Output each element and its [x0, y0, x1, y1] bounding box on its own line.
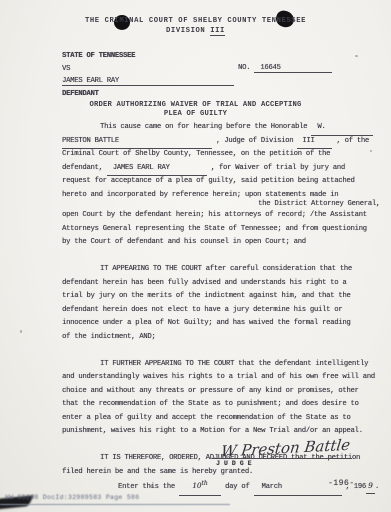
body-line: IT APPEARING TO THE COURT after careful … — [62, 263, 380, 277]
body-line: IT FURTHER APPEARING TO THE COURT that t… — [62, 358, 380, 372]
page-number: -196- — [328, 479, 355, 488]
body-line: and understandingly waives his rights to… — [62, 371, 380, 385]
order-title-line2: PLEA OF GUILTY — [0, 110, 391, 119]
court-name: THE CRIMINAL COURT OF SHELBY COUNTY TENN… — [0, 17, 391, 25]
case-number-line: NO. 16645 — [238, 64, 332, 73]
paragraph-gap — [62, 344, 380, 358]
body-text: defendant, — [62, 164, 103, 172]
body-text: , for Waiver of trial by jury and — [211, 164, 345, 172]
body-line: enter a plea of guilty and accept the re… — [62, 412, 380, 426]
versus-label: VS — [62, 65, 70, 73]
body-line: open Court by the defendant herein; his … — [62, 209, 380, 223]
defendant-name-line: JAMES EARL RAY — [62, 77, 234, 86]
paragraph-gap — [62, 250, 380, 264]
filled-blank: III — [297, 135, 332, 150]
body-line: of the indictment, AND; — [62, 331, 380, 345]
body-text: Enter this the — [118, 483, 175, 491]
defendant-label: DEFENDANT — [62, 90, 99, 98]
body-line: defendant herein does not elect to have … — [62, 304, 380, 318]
body-line: This cause came on for hearing before th… — [62, 121, 380, 135]
body-line: PRESTON BATTLE , Judge of Division III ,… — [62, 135, 380, 149]
body-text: , of the — [336, 137, 369, 145]
body-line: that the recommendation of the State as … — [62, 398, 380, 412]
order-title: ORDER AUTHORIZING WAIVER OF TRIAL AND AC… — [0, 101, 391, 118]
body-line: Criminal Court of Shelby County, Tenness… — [62, 148, 380, 162]
filled-blank: PRESTON BATTLE — [62, 135, 212, 150]
defendant-name: JAMES EARL RAY — [62, 77, 234, 86]
division-line: DIVISION III — [0, 27, 391, 35]
body-line: by the Court of defendant and his counse… — [62, 236, 380, 250]
handwritten-year-digit: 9 — [366, 479, 375, 494]
body-text: , Judge of Division — [216, 137, 293, 145]
filled-blank: JAMES EARL RAY — [107, 162, 207, 177]
plaintiff-name: STATE OF TENNESSEE — [62, 52, 135, 60]
division-value: III — [210, 27, 225, 36]
order-title-line1: ORDER AUTHORIZING WAIVER OF TRIAL AND AC… — [0, 101, 391, 110]
body-line: defendant herein has been fully advised … — [62, 277, 380, 291]
body-line: filed herein be and the same is hereby g… — [62, 466, 380, 480]
filled-blank: W. — [311, 121, 373, 136]
division-label: DIVISION — [166, 27, 205, 35]
body-text: This cause came on for hearing before th… — [100, 123, 307, 131]
body-line: innocence under a plea of Not Guilty; an… — [62, 317, 380, 331]
scan-speck — [370, 150, 372, 152]
body-text: day of — [225, 483, 249, 491]
scan-speck — [20, 330, 22, 333]
archive-footer-stamp: HW 55208 DocId:32989583 Page 586 — [5, 494, 139, 501]
case-number-value: 16645 — [254, 64, 332, 73]
scanned-court-document: THE CRIMINAL COURT OF SHELBY COUNTY TENN… — [0, 0, 391, 512]
court-header: THE CRIMINAL COURT OF SHELBY COUNTY TENN… — [0, 17, 391, 35]
body-line: trial by jury on the merits of the indic… — [62, 290, 380, 304]
scan-speck — [355, 55, 358, 57]
body-text: . — [375, 483, 379, 491]
scan-speck — [150, 485, 153, 487]
body-line: request for acceptance of a plea of guil… — [62, 175, 380, 189]
filled-day-blank: 10th — [179, 479, 221, 496]
handwritten-day-suffix: th — [201, 480, 207, 487]
body-line: defendant, JAMES EARL RAY , for Waiver o… — [62, 162, 380, 176]
body-line: choice and without any threats or pressu… — [62, 385, 380, 399]
signature-block: W Preston Battle JUDGE — [212, 443, 368, 467]
scan-edge-line — [0, 504, 230, 505]
judge-title: JUDGE — [212, 460, 368, 467]
body-line: Attorneys General representing the State… — [62, 223, 380, 237]
case-number-label: NO. — [238, 64, 250, 72]
